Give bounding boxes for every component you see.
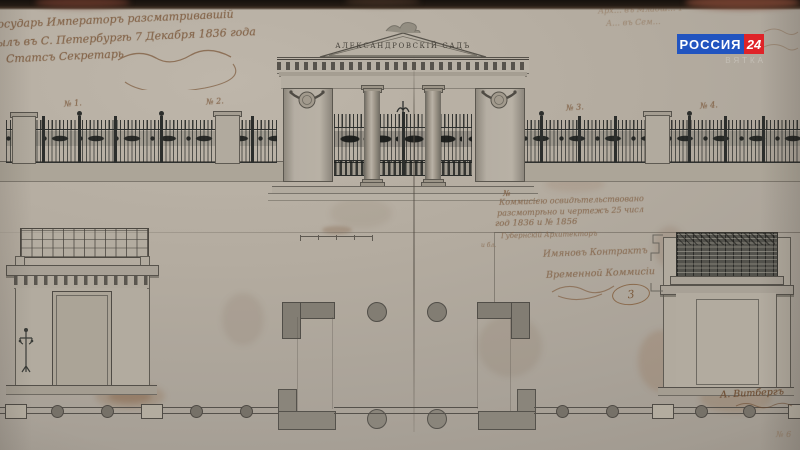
plan-connector [332, 317, 333, 409]
column-right-shaft [425, 91, 441, 179]
fence-post [160, 116, 163, 163]
commission-note-line-4: Губернскiй Архитекторъ [501, 230, 598, 241]
right-detail-inner-frame [696, 299, 759, 385]
scale-tick [318, 235, 319, 240]
left-detail-doorway-panel [56, 295, 108, 386]
fence-post [762, 116, 765, 163]
fence-left-stone-base [0, 161, 283, 182]
scale-tick [372, 235, 373, 241]
plan-column-bottom [427, 409, 447, 429]
gate-finial-icon [394, 100, 412, 116]
portico-step [268, 193, 538, 201]
left-detail-doorway [52, 291, 112, 390]
plan-pillar-square [5, 404, 27, 419]
fence-label-3: № 3. [566, 102, 584, 112]
plan-pylon-left-top-leg [282, 302, 301, 339]
fold-crease-vertical [413, 54, 415, 432]
commission-note-line-2: разсмотрѣно и чертежъ 25 числ [497, 205, 644, 218]
scale-tick [354, 235, 355, 240]
fence-post [42, 116, 45, 163]
garland-medallion-left-icon [287, 88, 327, 112]
paper-stain [330, 198, 392, 228]
architect-signature: А. Витбергъ [720, 386, 784, 400]
right-detail-hatch [677, 233, 775, 245]
signature-flourish-icon [100, 44, 250, 90]
fence-post [78, 116, 81, 163]
fence-label-4: № 4. [700, 100, 718, 110]
fence-post [724, 116, 727, 163]
plan-post-dot [606, 405, 619, 418]
fence-plan-line [334, 413, 478, 414]
acroterion-ornament-icon [381, 19, 425, 33]
fence-post [614, 116, 617, 163]
plan-post-dot [556, 405, 569, 418]
commission-note-line-3: год 1836 и № 1856 [495, 217, 578, 229]
signature-subline-icon [733, 400, 795, 412]
corner-sheet-mark: № 6 [776, 430, 791, 439]
paper-stain [222, 293, 264, 345]
left-detail-cornice [6, 265, 159, 276]
column-left-shaft [364, 91, 380, 179]
plan-post-dot [101, 405, 114, 418]
fence-plan-line [0, 407, 279, 408]
plan-connector [510, 317, 511, 412]
plan-pylon-left-bottom-bar [278, 411, 336, 430]
plan-column-top [427, 302, 447, 322]
commission-flourish-icon [548, 280, 618, 302]
plan-pylon-right-bottom-bar [478, 411, 536, 430]
broadcast-frame: № 1. № 2. № 3. № 4. АЛЕКСАНДРОВСКІЙ САДЪ [0, 0, 800, 450]
scale-bar [300, 236, 373, 243]
channel-logo-name: РОССИЯ [677, 34, 744, 54]
fence-post-finial [77, 111, 82, 116]
fence-pillar [215, 115, 240, 164]
fence-post [251, 116, 254, 163]
gate-center-post [402, 112, 405, 176]
candelabra-icon [16, 326, 36, 378]
fold-crease-horizontal [0, 232, 800, 233]
molding-profile-icon [645, 233, 665, 297]
plan-pylon-right-top-leg [511, 302, 530, 339]
plan-connector [297, 317, 298, 412]
fence-pillar [12, 116, 36, 164]
fence-plan-line [0, 413, 279, 414]
plan-post-dot [51, 405, 64, 418]
garland-medallion-right-icon [479, 88, 519, 112]
corner-note-squiggle-icon [760, 26, 800, 62]
fence-label-2: № 2. [206, 96, 224, 106]
plan-column-top [367, 302, 387, 322]
pediment-title: АЛЕКСАНДРОВСКІЙ САДЪ [320, 42, 486, 50]
plan-column-bottom [367, 409, 387, 429]
fence-label-1: № 1. [64, 98, 82, 108]
plan-connector [477, 317, 478, 409]
commission-note-line-7: Временной Коммисiи [546, 266, 655, 281]
plan-post-dot [695, 405, 708, 418]
left-detail-base [6, 385, 157, 395]
plan-post-dot [190, 405, 203, 418]
fence-post [114, 116, 117, 163]
commission-note-line-6: Имяновъ Контрактъ [543, 246, 648, 260]
right-detail-pilaster-right [776, 237, 791, 389]
right-detail-sill [670, 276, 784, 285]
fence-post [688, 116, 691, 163]
channel-region-label: ВЯТКА [700, 56, 766, 65]
plan-pillar-square [652, 404, 674, 419]
scale-tick [300, 235, 301, 241]
plan-post-dot [240, 405, 253, 418]
scale-tick [336, 235, 337, 240]
fence-right-stone-base [517, 161, 800, 182]
plan-pillar-square [141, 404, 163, 419]
fence-post-finial [539, 111, 544, 116]
fence-post-finial [687, 111, 692, 116]
fence-post [578, 116, 581, 163]
fence-post [540, 116, 543, 163]
fence-plan-line [334, 407, 478, 408]
commission-note-line-5: и бл. [481, 242, 496, 249]
channel-logo-number: 24 [744, 34, 764, 54]
fence-post-finial [159, 111, 164, 116]
fence-pillar [645, 115, 670, 164]
cornice-top-line [277, 57, 529, 59]
corner-note-line-2: А… въ Сем… [606, 17, 661, 28]
